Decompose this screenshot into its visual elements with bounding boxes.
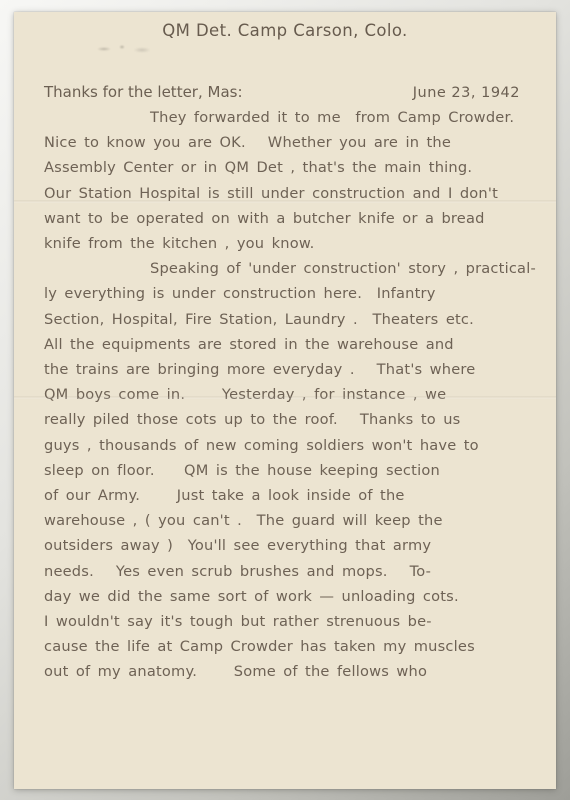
letter-line: They forwarded it to me from Camp Crowde… (44, 105, 536, 130)
letter-date: June 23, 1942 (413, 85, 520, 101)
letter-line: needs. Yes even scrub brushes and mops. … (44, 559, 536, 584)
letter-page: QM Det. Camp Carson, Colo. Thanks for th… (14, 12, 556, 789)
letter-salutation: Thanks for the letter, Mas: (44, 83, 243, 101)
letter-line: want to be operated on with a butcher kn… (44, 206, 536, 231)
letter-line: QM boys come in. Yesterday , for instanc… (44, 382, 536, 407)
pencil-smudge-mark (92, 40, 158, 58)
letter-line: day we did the same sort of work — unloa… (44, 584, 536, 609)
letter-line: cause the life at Camp Crowder has taken… (44, 634, 536, 659)
letter-line: I wouldn't say it's tough but rather str… (44, 609, 536, 634)
letter-line: Section, Hospital, Fire Station, Laundry… (44, 307, 536, 332)
letter-line: sleep on floor. QM is the house keeping … (44, 458, 536, 483)
letter-line: Our Station Hospital is still under cons… (44, 181, 536, 206)
letter-line: Speaking of 'under construction' story ,… (44, 256, 536, 281)
letter-line: outsiders away ) You'll see everything t… (44, 533, 536, 558)
salutation-row: Thanks for the letter, Mas: June 23, 194… (14, 83, 556, 101)
letter-heading: QM Det. Camp Carson, Colo. (14, 12, 556, 40)
letter-line: ly everything is under construction here… (44, 281, 536, 306)
letter-line: All the equipments are stored in the war… (44, 332, 536, 357)
letter-line: Nice to know you are OK. Whether you are… (44, 130, 536, 155)
letter-line: Assembly Center or in QM Det , that's th… (44, 155, 536, 180)
letter-line: out of my anatomy. Some of the fellows w… (44, 659, 536, 684)
letter-line: guys , thousands of new coming soldiers … (44, 433, 536, 458)
letter-line: warehouse , ( you can't . The guard will… (44, 508, 536, 533)
letter-line: really piled those cots up to the roof. … (44, 407, 536, 432)
letter-line: knife from the kitchen , you know. (44, 231, 536, 256)
letter-body: They forwarded it to me from Camp Crowde… (14, 105, 556, 685)
letter-line: of our Army. Just take a look inside of … (44, 483, 536, 508)
letter-line: the trains are bringing more everyday . … (44, 357, 536, 382)
